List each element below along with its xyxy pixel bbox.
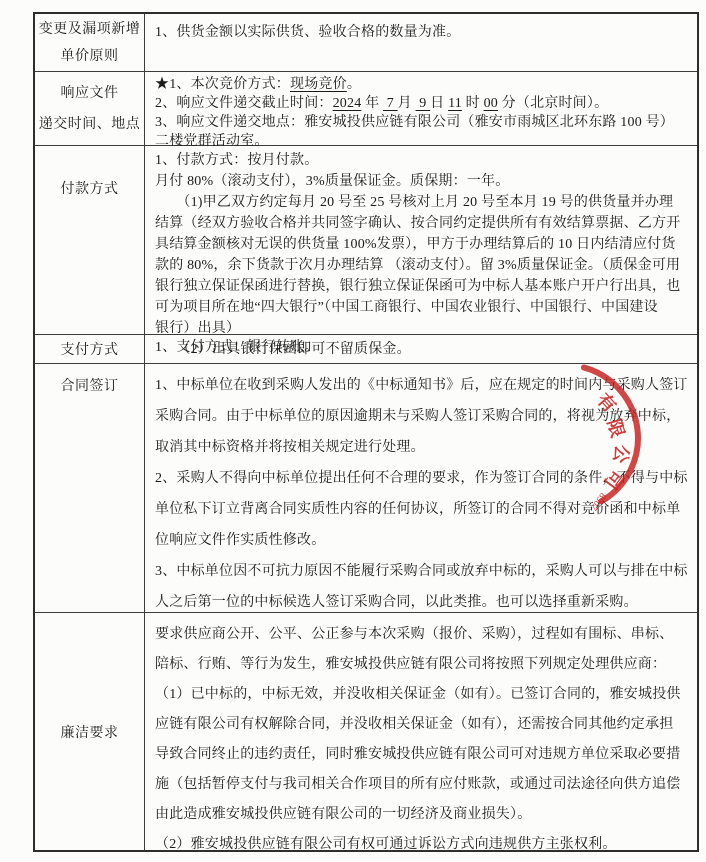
- row-content-payment-terms: 1、付款方式：按月付款。 月付 80%（滚动支付），3%质量保证金。质保期：一年…: [145, 146, 697, 334]
- label-line: 支付方式: [61, 339, 119, 359]
- text-line: 结算（经双方验收合格并共同签字确认、按合同约定提供所有有效结算票据、乙方开: [155, 213, 691, 234]
- terms-table: 变更及漏项新增 单价原则 1、供货金额以实际供货、验收合格的数量为准。 响应文件…: [33, 12, 699, 852]
- text-segment: ★1、本次竞价方式：: [155, 77, 290, 92]
- row-payment-method: 支付方式 1、支付方式：银行转账。: [35, 334, 697, 363]
- text-line: 1、支付方式：银行转账。: [155, 338, 691, 358]
- text-line: 单位私下订立背离合同实质性内容的任何协议，所签订的合同不得对竞价函和中标单: [155, 494, 691, 525]
- underlined-value: 9: [416, 96, 431, 111]
- row-label-response-file: 响应文件 递交时间、地点: [35, 72, 145, 145]
- label-line: 递交时间、地点: [39, 109, 141, 140]
- text-line: 1、中标单位在收到采购人发出的《中标通知书》后，应在规定的时间内与采购人签订: [155, 370, 691, 401]
- row-content-payment-method: 1、支付方式：银行转账。: [145, 335, 697, 363]
- text-segment: 月: [398, 96, 416, 111]
- text-line: （1）已中标的，中标无效，并没收相关保证金（如有）。已签订合同的，雅安城投供: [155, 680, 691, 710]
- row-content-response-file: ★1、本次竞价方式：现场竞价。 2、响应文件递交截止时间：2024 年 7 月 …: [145, 72, 697, 145]
- row-contract-signing: 合同签订 1、中标单位在收到采购人发出的《中标通知书》后，应在规定的时间内与采购…: [35, 363, 697, 612]
- underlined-value: 00: [484, 96, 498, 111]
- text-segment: 日: [430, 96, 448, 111]
- text-line: 1、供货金额以实际供货、验收合格的数量为准。: [155, 23, 691, 43]
- row-content-integrity-requirements: 要求供应商公开、公平、公正参与本次采购（报价、采购），过程如有围标、串标、 陪标…: [145, 613, 697, 850]
- row-response-file: 响应文件 递交时间、地点 ★1、本次竞价方式：现场竞价。 2、响应文件递交截止时…: [35, 71, 697, 145]
- row-content-change-principle: 1、供货金额以实际供货、验收合格的数量为准。: [145, 14, 697, 71]
- text-line: 月付 80%（滚动支付），3%质量保证金。质保期：一年。: [155, 171, 691, 192]
- text-line: 陪标、行贿、等行为发生，雅安城投供应链有限公司将按照下列规定处理供应商：: [155, 650, 691, 680]
- label-line: 付款方式: [61, 178, 119, 198]
- label-line: 廉洁要求: [61, 722, 119, 742]
- text-line: 应链有限公司有权解除合同，并没收相关保证金（如有），还需按合同其他约定承担: [155, 710, 691, 740]
- text-line: 2、响应文件递交截止时间：2024 年 7 月 9 日 11 时 00 分（北京…: [155, 94, 691, 113]
- text-line: （1)甲乙双方约定每月 20 号至 25 号核对上月 20 号至本月 19 号的…: [155, 192, 691, 213]
- row-content-contract-signing: 1、中标单位在收到采购人发出的《中标通知书》后，应在规定的时间内与采购人签订 采…: [145, 364, 697, 612]
- text-line: 1、付款方式：按月付款。: [155, 150, 691, 171]
- text-line: 位响应文件作实质性修改。: [155, 525, 691, 556]
- row-label-change-principle: 变更及漏项新增 单价原则: [35, 14, 145, 71]
- row-label-contract-signing: 合同签订: [35, 364, 145, 612]
- label-line: 合同签订: [61, 375, 119, 395]
- text-line: 取消其中标资格并将按相关规定进行处理。: [155, 432, 691, 463]
- underlined-value: 7: [383, 96, 398, 111]
- label-line: 变更及漏项新增: [39, 16, 141, 43]
- text-line: 款的 80%，余下货款于次月办理结算 （滚动支付）。留 3%质量保证金。（质保金…: [155, 255, 691, 276]
- text-segment: 分（北京时间）。: [498, 96, 608, 111]
- text-line: 由此造成雅安城投供应链有限公司的一切经济及商业损失）。: [155, 800, 691, 830]
- text-line: 3、中标单位因不可抗力原因不能履行采购合同或放弃中标的，采购人可以与排在中标: [155, 556, 691, 587]
- text-line: 施（包括暂停支付与我司相关合作项目的所有应付账款，或通过司法途径向供方追偿: [155, 770, 691, 800]
- text-line: ★1、本次竞价方式：现场竞价。: [155, 75, 691, 94]
- text-line: 银行独立保证保函进行替换，银行独立保证保函可为中标人基本账户开户行出具，也: [155, 276, 691, 297]
- text-line: 可为项目所在地“四大银行”（中国工商银行、中国农业银行、中国银行、中国建设: [155, 297, 691, 318]
- text-segment: 。: [347, 77, 361, 92]
- label-line: 单价原则: [61, 43, 119, 70]
- underlined-value: 2024: [333, 96, 362, 111]
- text-segment: 年: [361, 96, 383, 111]
- text-line: 要求供应商公开、公平、公正参与本次采购（报价、采购），过程如有围标、串标、: [155, 620, 691, 650]
- row-label-payment-method: 支付方式: [35, 335, 145, 363]
- text-line: 具结算金额核对无误的供货量 100%发票），甲方于办理结算后的 10 日内结清应…: [155, 234, 691, 255]
- underlined-value: 现场竞价: [290, 77, 347, 92]
- row-integrity-requirements: 廉洁要求 要求供应商公开、公平、公正参与本次采购（报价、采购），过程如有围标、串…: [35, 612, 697, 850]
- row-label-payment-terms: 付款方式: [35, 146, 145, 334]
- row-label-integrity-requirements: 廉洁要求: [35, 613, 145, 850]
- text-segment: 时: [462, 96, 484, 111]
- text-line: 采购合同。由于中标单位的原因逾期未与采购人签订采购合同的，将视为放弃中标，: [155, 401, 691, 432]
- text-line: 2、采购人不得向中标单位提出任何不合理的要求，作为签订合同的条件，不得与中标: [155, 463, 691, 494]
- row-payment-terms: 付款方式 1、付款方式：按月付款。 月付 80%（滚动支付），3%质量保证金。质…: [35, 145, 697, 334]
- text-segment: 2、响应文件递交截止时间：: [155, 96, 333, 111]
- underlined-value: 11: [448, 96, 462, 111]
- document-page: 变更及漏项新增 单价原则 1、供货金额以实际供货、验收合格的数量为准。 响应文件…: [0, 0, 706, 862]
- text-line: 导致合同终止的违约责任，同时雅安城投供应链有限公司可对违规方单位采取必要措: [155, 740, 691, 770]
- row-change-principle: 变更及漏项新增 单价原则 1、供货金额以实际供货、验收合格的数量为准。: [35, 14, 697, 71]
- text-line: （2）雅安城投供应链有限公司有权可通过诉讼方式向违规供方主张权利。: [155, 830, 691, 860]
- label-line: 响应文件: [61, 78, 119, 109]
- text-line: 3、响应文件递交地点：雅安城投供应链有限公司（雅安市雨城区北环东路 100 号）: [155, 113, 691, 132]
